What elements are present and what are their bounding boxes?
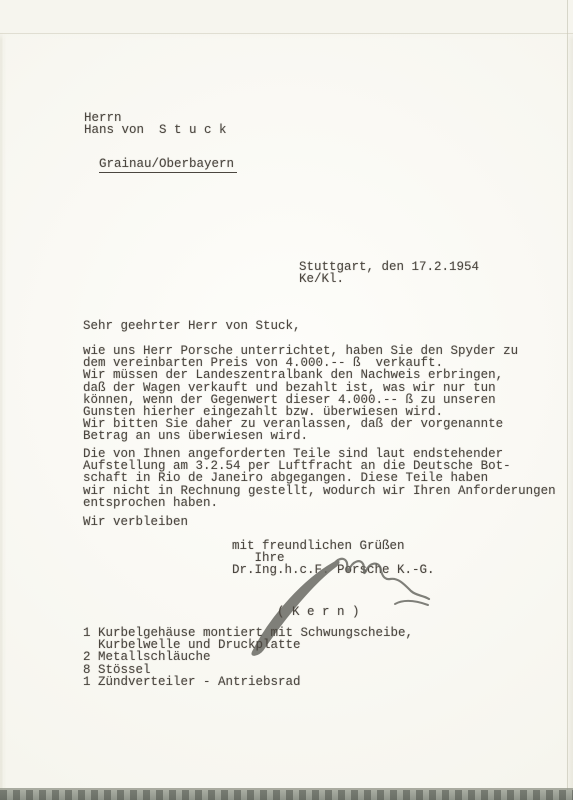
dateline: Stuttgart, den 17.2.1954 Ke/Kl. [299, 261, 479, 285]
paper-top-edge [0, 33, 573, 34]
parts-list: 1 Kurbelgehäuse montiert mit Schwungsche… [83, 627, 413, 688]
closing-lead: Wir verbleiben [83, 516, 188, 528]
closing-block: mit freundlichen Grüßen Ihre Dr.Ing.h.c.… [232, 540, 435, 577]
body-paragraph-2: Die von Ihnen angeforderten Teile sind l… [83, 448, 556, 509]
signer-name: ( K e r n ) [277, 606, 360, 618]
recipient-city-text: Grainau/Oberbayern [99, 157, 237, 173]
scanned-letter-page: Herrn Hans von S t u c k Grainau/Oberbay… [0, 0, 573, 800]
recipient-city: Grainau/Oberbayern [99, 158, 237, 170]
paper-right-edge [567, 0, 568, 792]
salutation: Sehr geehrter Herr von Stuck, [83, 320, 301, 332]
recipient-address: Herrn Hans von S t u c k [84, 112, 227, 136]
scanner-edge-band [0, 790, 573, 800]
body-paragraph-1: wie uns Herr Porsche unterrichtet, haben… [83, 345, 518, 443]
